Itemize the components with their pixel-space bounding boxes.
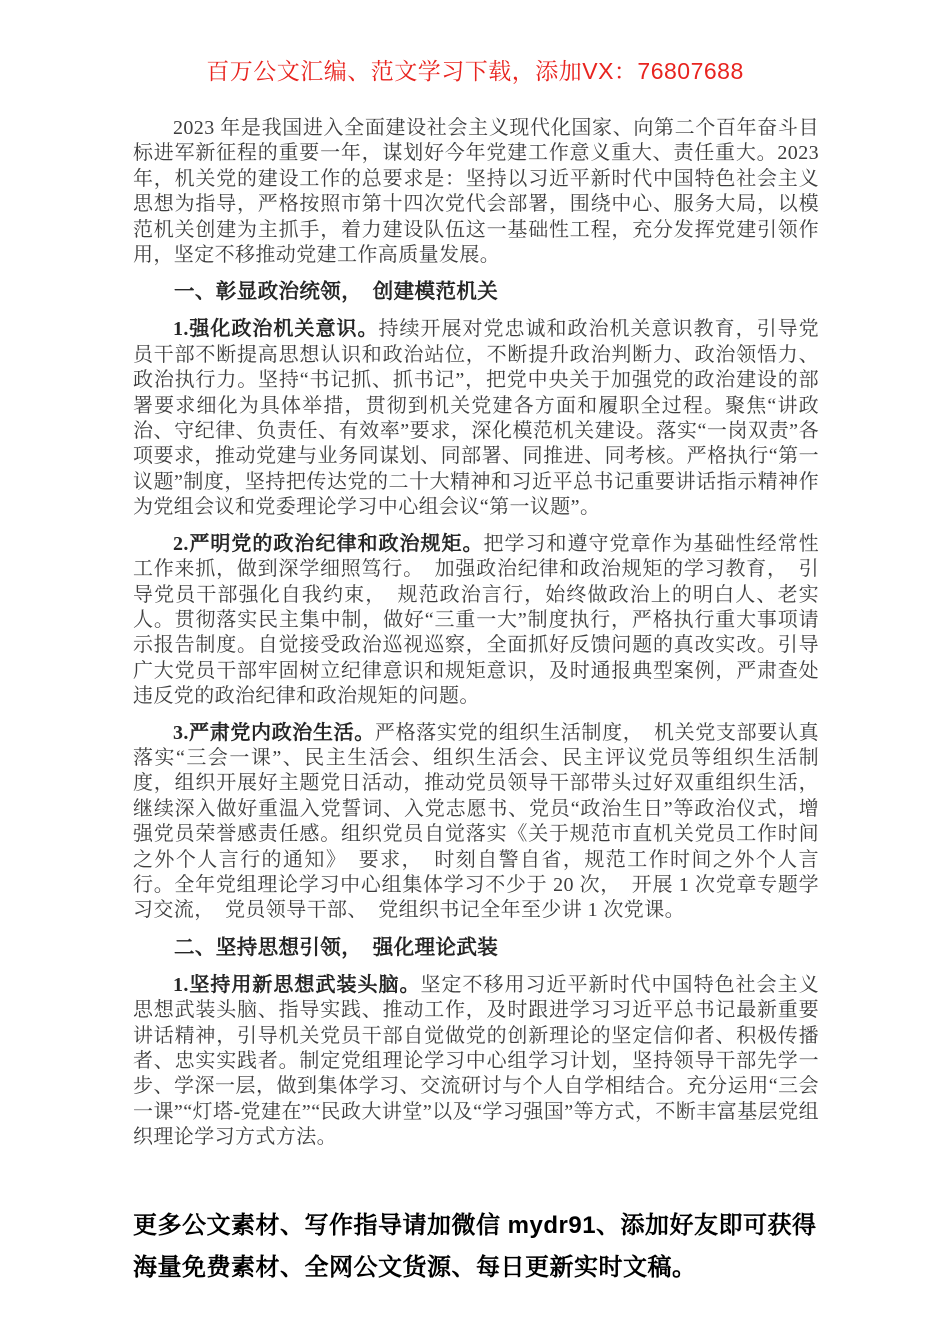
document-page: 百万公文汇编、范文学习下载，添加VX：76807688 2023 年是我国进入全… [0, 0, 950, 1344]
numbered-paragraph-2: 2.严明党的政治纪律和政治规矩。把学习和遵守党章作为基础性经常性工作来抓，做到深… [133, 532, 819, 710]
numbered-paragraph-4: 1.坚持用新思想武装头脑。坚定不移用习近平新时代中国特色社会主义思想武装头脑、指… [133, 973, 819, 1151]
section-heading-1: 一、彰显政治统领， 创建模范机关 [133, 279, 819, 305]
numbered-paragraph-3: 3.严肃党内政治生活。严格落实党的组织生活制度， 机关党支部要认真落实“三会一课… [133, 721, 819, 924]
paragraph-lead: 1.强化政治机关意识。 [173, 318, 378, 340]
promo-header-text: 百万公文汇编、范文学习下载，添加VX：76807688 [0, 56, 950, 86]
paragraph-lead: 1.坚持用新思想武装头脑。 [173, 974, 420, 996]
paragraph-text: 严格落实党的组织生活制度， 机关党支部要认真落实“三会一课”、民主生活会、组织生… [133, 722, 819, 922]
paragraph-lead: 2.严明党的政治纪律和政治规矩。 [173, 533, 484, 555]
paragraph-text: 持续开展对党忠诚和政治机关意识教育，引导党员干部不断提高思想认识和政治站位，不断… [133, 318, 819, 518]
section-heading-2: 二、坚持思想引领， 强化理论武装 [133, 935, 819, 961]
intro-paragraph: 2023 年是我国进入全面建设社会主义现代化国家、向第二个百年奋斗目标进军新征程… [133, 116, 819, 268]
numbered-paragraph-1: 1.强化政治机关意识。持续开展对党忠诚和政治机关意识教育，引导党员干部不断提高思… [133, 317, 819, 520]
paragraph-lead: 3.严肃党内政治生活。 [173, 722, 375, 744]
paragraph-text: 坚定不移用习近平新时代中国特色社会主义思想武装头脑、指导实践、推动工作，及时跟进… [133, 974, 819, 1148]
document-body: 2023 年是我国进入全面建设社会主义现代化国家、向第二个百年奋斗目标进军新征程… [0, 86, 950, 1151]
promo-footer-text: 更多公文素材、写作指导请加微信 mydr91、添加好友即可获得海量免费素材、全网… [133, 1205, 820, 1289]
paragraph-text: 把学习和遵守党章作为基础性经常性工作来抓，做到深学细照笃行。 加强政治纪律和政治… [133, 533, 819, 707]
